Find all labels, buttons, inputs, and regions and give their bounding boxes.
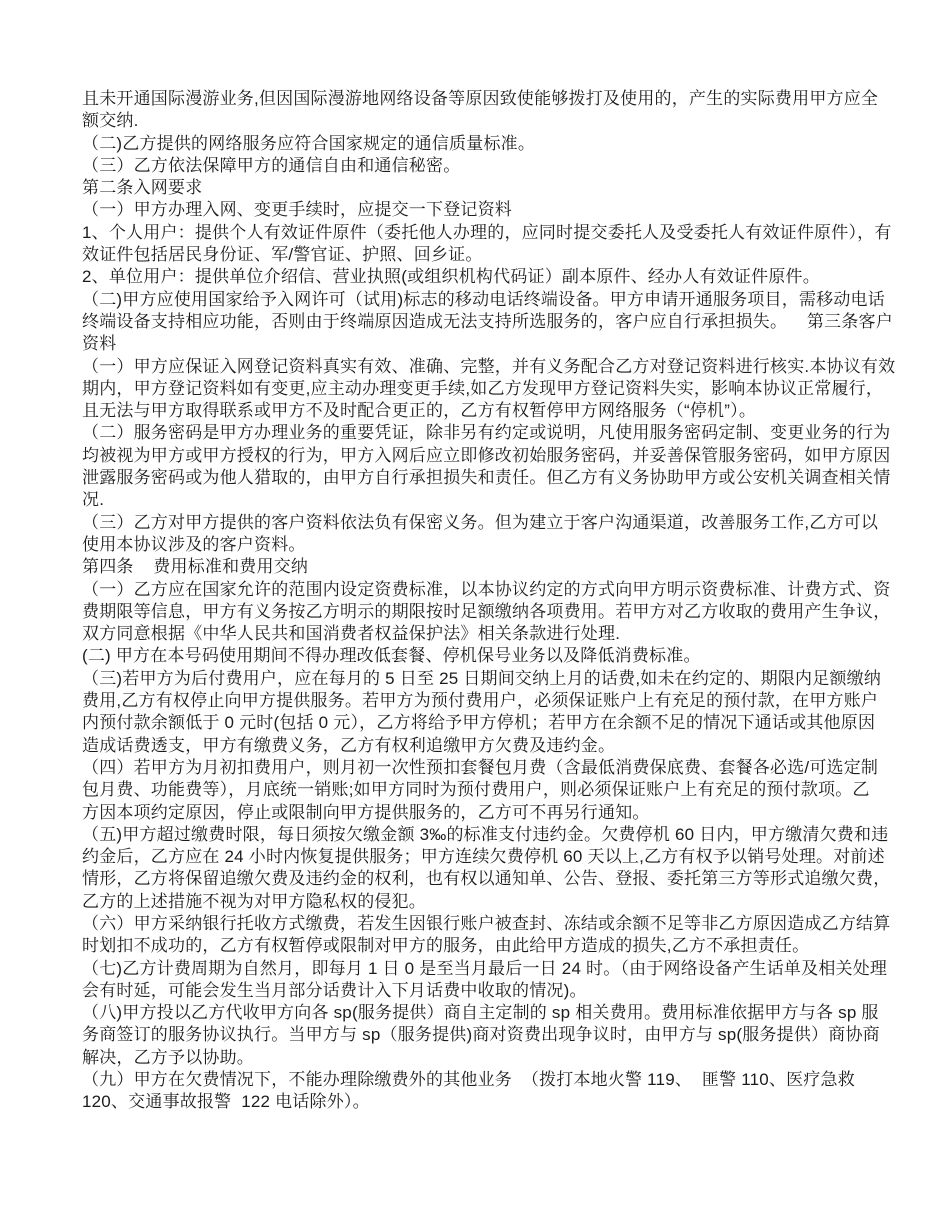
document-line: （三）乙方依法保障甲方的通信自由和通信秘密。 bbox=[82, 155, 882, 177]
document-line: （三）乙方对甲方提供的客户资料依法负有保密义务。但为建立于客户沟通渠道，改善服务… bbox=[82, 512, 882, 534]
document-line: 1、个人用户：提供个人有效证件原件（委托他人办理的，应同时提交委托人及受委托人有… bbox=[82, 222, 882, 244]
document-line: （二）服务密码是甲方办理业务的重要凭证，除非另有约定或说明，凡使用服务密码定制、… bbox=[82, 422, 882, 444]
document-line: 第二条入网要求 bbox=[82, 177, 882, 199]
document-line: 泄露服务密码或为他人猎取的，由甲方自行承担损失和责任。但乙方有义务协助甲方或公安… bbox=[82, 467, 882, 489]
document-line: 期内，甲方登记资料如有变更,应主动办理变更手续,如乙方发现甲方登记资料失实，影响… bbox=[82, 378, 882, 400]
document-line: 120、交通事故报警 122 电话除外）。 bbox=[82, 1091, 882, 1113]
document-line: 约金后，乙方应在 24 小时内恢复提供服务；甲方连续欠费停机 60 天以上,乙方… bbox=[82, 846, 882, 868]
document-line: 双方同意根据《中华人民共和国消费者权益保护法》相关条款进行处理. bbox=[82, 623, 882, 645]
document-line: 且未开通国际漫游业务,但因国际漫游地网络设备等原因致使能够拨打及使用的，产生的实… bbox=[82, 88, 882, 110]
document-line: 乙方的上述措施不视为对甲方隐私权的侵犯。 bbox=[82, 891, 882, 913]
document-line: 方因本项约定原因，停止或限制向甲方提供服务的，乙方可不再另行通知。 bbox=[82, 802, 882, 824]
document-line: 解决，乙方予以协助。 bbox=[82, 1047, 882, 1069]
document-line: 造成话费透支，甲方有缴费义务，乙方有权利追缴甲方欠费及违约金。 bbox=[82, 735, 882, 757]
document-line: （九）甲方在欠费情况下，不能办理除缴费外的其他业务 （拨打本地火警 119、 匪… bbox=[82, 1069, 882, 1091]
document-line: 况. bbox=[82, 489, 882, 511]
document-line: 效证件包括居民身份证、军/警官证、护照、回乡证。 bbox=[82, 244, 882, 266]
document-line: （一）甲方办理入网、变更手续时，应提交一下登记资料 bbox=[82, 199, 882, 221]
document-line: （一）甲方应保证入网登记资料真实有效、准确、完整，并有义务配合乙方对登记资料进行… bbox=[82, 356, 882, 378]
document-line: （三)若甲方为后付费用户，应在每月的 5 日至 25 日期间交纳上月的话费,如未… bbox=[82, 668, 882, 690]
document-line: 费用,乙方有权停止向甲方提供服务。若甲方为预付费用户，必须保证账户上有充足的预付… bbox=[82, 690, 882, 712]
document-line: 内预付款余额低于 0 元时(包括 0 元），乙方将给予甲方停机；若甲方在余额不足… bbox=[82, 712, 882, 734]
document-line: 使用本协议涉及的客户资料。 bbox=[82, 534, 882, 556]
document-line: （一）乙方应在国家允许的范围内设定资费标准，以本协议约定的方式向甲方明示资费标准… bbox=[82, 579, 882, 601]
document-line: 务商签订的服务协议执行。当甲方与 sp（服务提供)商对资费出现争议时，由甲方与 … bbox=[82, 1024, 882, 1046]
document-line: 2、单位用户：提供单位介绍信、营业执照(或组织机构代码证）副本原件、经办人有效证… bbox=[82, 266, 882, 288]
document-line: 包月费、功能费等），月底统一销账;如甲方同时为预付费用户，则必须保证账户上有充足… bbox=[82, 779, 882, 801]
document-line: 时划扣不成功的，乙方有权暂停或限制对甲方的服务，由此给甲方造成的损失,乙方不承担… bbox=[82, 935, 882, 957]
document-line: （二)甲方应使用国家给予入网许可（试用)标志的移动电话终端设备。甲方申请开通服务… bbox=[82, 289, 882, 311]
document-line: （二)乙方提供的网络服务应符合国家规定的通信质量标准。 bbox=[82, 133, 882, 155]
document-line: 资料 bbox=[82, 333, 882, 355]
document-line: （八)甲方投以乙方代收甲方向各 sp(服务提供）商自主定制的 sp 相关费用。费… bbox=[82, 1002, 882, 1024]
document-line: 会有时延，可能会发生当月部分话费计入下月话费中收取的情况)。 bbox=[82, 980, 882, 1002]
document-line: 第四条 费用标准和费用交纳 bbox=[82, 556, 882, 578]
document-line: （七)乙方计费周期为自然月，即每月 1 日 0 是至当月最后一日 24 时。（由… bbox=[82, 958, 882, 980]
contract-text-block: 且未开通国际漫游业务,但因国际漫游地网络设备等原因致使能够拨打及使用的，产生的实… bbox=[82, 88, 882, 1114]
document-line: (二) 甲方在本号码使用期间不得办理改低套餐、停机保号业务以及降低消费标准。 bbox=[82, 645, 882, 667]
document-line: （四）若甲方为月初扣费用户，则月初一次性预扣套餐包月费（含最低消费保底费、套餐各… bbox=[82, 757, 882, 779]
document-line: （五)甲方超过缴费时限，每日须按欠缴金额 3‰的标准支付违约金。欠费停机 60 … bbox=[82, 824, 882, 846]
document-line: 且无法与甲方取得联系或甲方不及时配合更正的，乙方有权暂停甲方网络服务（“停机”）… bbox=[82, 400, 882, 422]
document-line: 额交纳. bbox=[82, 110, 882, 132]
document-line: 终端设备支持相应功能，否则由于终端原因造成无法支持所选服务的，客户应自行承担损失… bbox=[82, 311, 882, 333]
document-page: 且未开通国际漫游业务,但因国际漫游地网络设备等原因致使能够拨打及使用的，产生的实… bbox=[0, 0, 950, 1230]
document-line: 费期限等信息，甲方有义务按乙方明示的期限按时足额缴纳各项费用。若甲方对乙方收取的… bbox=[82, 601, 882, 623]
document-line: 情形，乙方将保留追缴欠费及违约金的权利，也有权以通知单、公告、登报、委托第三方等… bbox=[82, 868, 882, 890]
document-line: 均被视为甲方或甲方授权的行为，甲方入网后应立即修改初始服务密码，并妥善保管服务密… bbox=[82, 445, 882, 467]
document-line: （六）甲方采纳银行托收方式缴费，若发生因银行账户被查封、冻结或余额不足等非乙方原… bbox=[82, 913, 882, 935]
